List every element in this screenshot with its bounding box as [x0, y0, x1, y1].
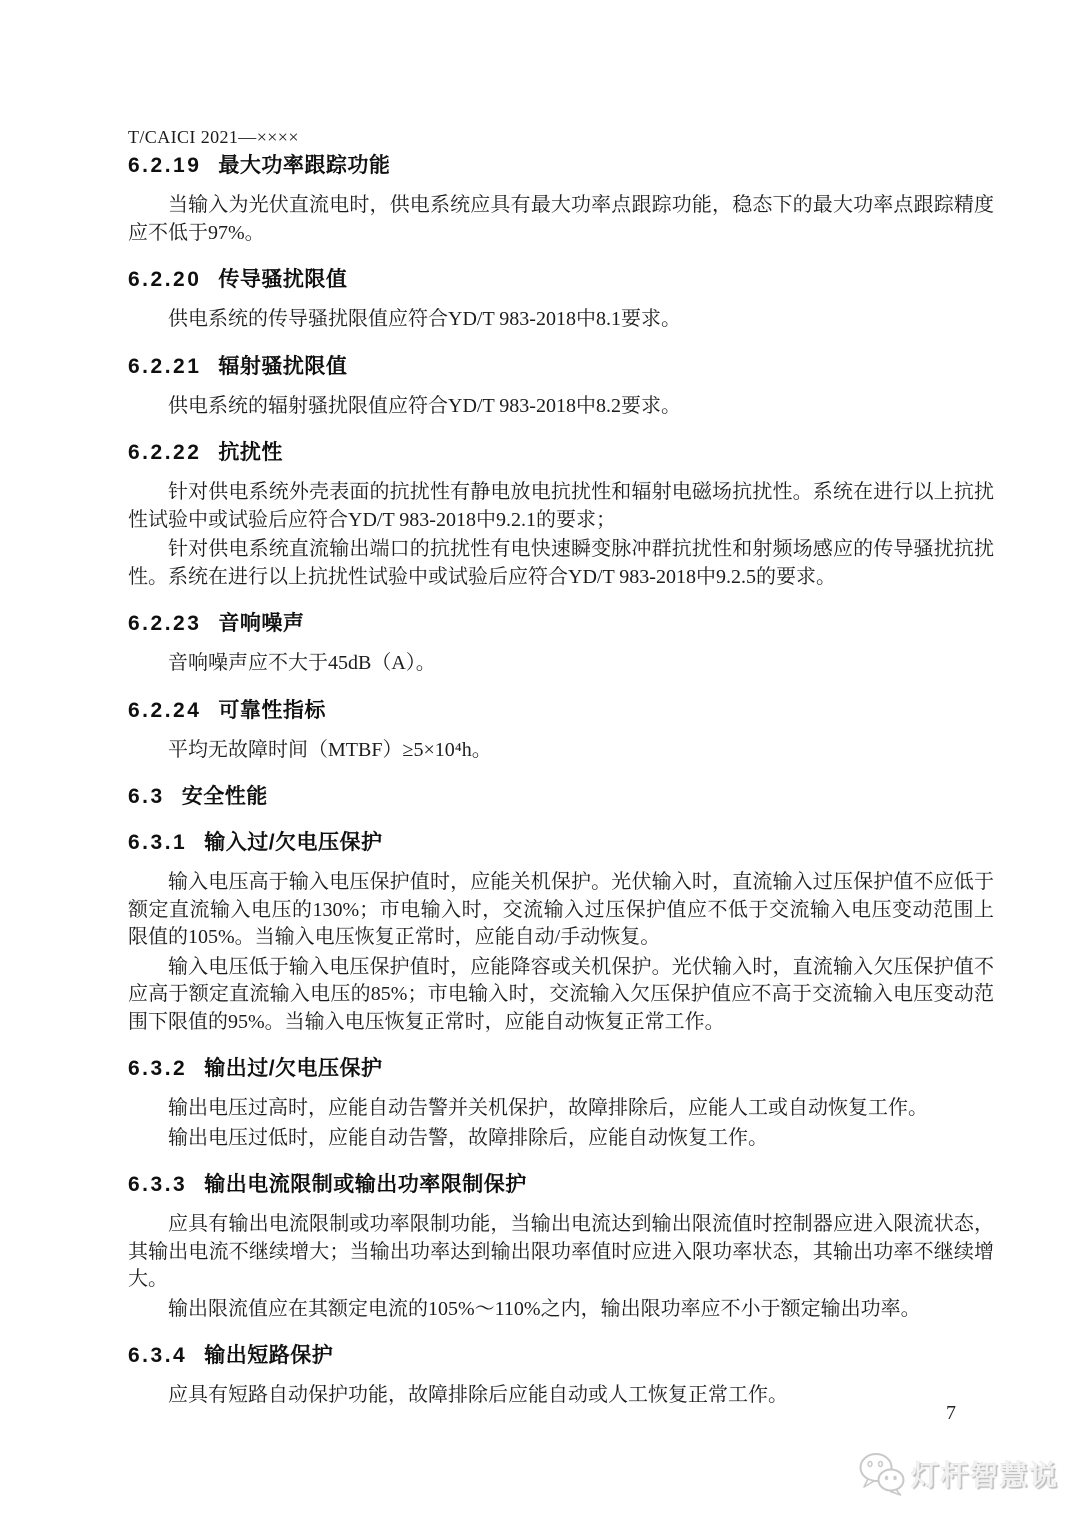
paragraph: 输出限流值应在其额定电流的105%～110%之内，输出限功率应不小于额定输出功率… — [128, 1296, 994, 1324]
section-6-2-22: 6.2.22 抗扰性 针对供电系统外壳表面的抗扰性有静电放电抗扰性和辐射电磁场抗… — [128, 439, 994, 591]
section-6-2-24: 6.2.24 可靠性指标 平均无故障时间（MTBF）≥5×10⁴h。 — [128, 697, 994, 765]
section-title: 输出电流限制或输出功率限制保护 — [204, 1171, 527, 1198]
paragraph: 供电系统的传导骚扰限值应符合YD/T 983-2018中8.1要求。 — [128, 306, 994, 334]
paragraph: 输出电压过高时，应能自动告警并关机保护，故障排除后，应能人工或自动恢复工作。 — [128, 1095, 994, 1123]
section-title: 抗扰性 — [218, 439, 283, 466]
paragraph: 音响噪声应不大于45dB（A）。 — [128, 650, 994, 678]
section-title: 可靠性指标 — [218, 697, 326, 724]
section-title: 安全性能 — [182, 783, 268, 810]
section-6-3-4: 6.3.4 输出短路保护 应具有短路自动保护功能，故障排除后应能自动或人工恢复正… — [128, 1342, 994, 1410]
paragraph: 输入电压低于输入电压保护值时，应能降容或关机保护。光伏输入时，直流输入欠压保护值… — [128, 954, 994, 1037]
section-heading: 6.2.22 抗扰性 — [128, 439, 994, 466]
section-heading: 6.2.19 最大功率跟踪功能 — [128, 152, 994, 179]
section-6-3-2: 6.3.2 输出过/欠电压保护 输出电压过高时，应能自动告警并关机保护，故障排除… — [128, 1055, 994, 1152]
section-title: 传导骚扰限值 — [218, 266, 347, 293]
section-title: 输入过/欠电压保护 — [204, 829, 382, 856]
section-heading: 6.3 安全性能 — [128, 783, 994, 810]
section-heading: 6.2.20 传导骚扰限值 — [128, 266, 994, 293]
section-number: 6.3.3 — [128, 1171, 187, 1198]
document-page: T/CAICI 2021—×××× 6.2.19 最大功率跟踪功能 当输入为光伏… — [128, 126, 994, 1410]
section-title: 最大功率跟踪功能 — [218, 152, 390, 179]
paragraph: 当输入为光伏直流电时，供电系统应具有最大功率点跟踪功能，稳态下的最大功率点跟踪精… — [128, 192, 994, 247]
section-6-2-23: 6.2.23 音响噪声 音响噪声应不大于45dB（A）。 — [128, 610, 994, 678]
section-heading: 6.3.1 输入过/欠电压保护 — [128, 829, 994, 856]
paragraph: 输入电压高于输入电压保护值时，应能关机保护。光伏输入时，直流输入过压保护值不应低… — [128, 869, 994, 952]
section-6-3-1: 6.3.1 输入过/欠电压保护 输入电压高于输入电压保护值时，应能关机保护。光伏… — [128, 829, 994, 1036]
section-heading: 6.2.23 音响噪声 — [128, 610, 994, 637]
section-number: 6.2.20 — [128, 266, 201, 293]
section-number: 6.3 — [128, 783, 165, 810]
paragraph: 针对供电系统直流输出端口的抗扰性有电快速瞬变脉冲群抗扰性和射频场感应的传导骚扰抗… — [128, 536, 994, 591]
paragraph: 平均无故障时间（MTBF）≥5×10⁴h。 — [128, 737, 994, 765]
section-6-3-3: 6.3.3 输出电流限制或输出功率限制保护 应具有输出电流限制或功率限制功能，当… — [128, 1171, 994, 1323]
section-number: 6.2.21 — [128, 353, 201, 380]
wechat-icon — [858, 1452, 906, 1496]
section-6-2-20: 6.2.20 传导骚扰限值 供电系统的传导骚扰限值应符合YD/T 983-201… — [128, 266, 994, 334]
paragraph: 应具有输出电流限制或功率限制功能，当输出电流达到输出限流值时控制器应进入限流状态… — [128, 1211, 994, 1294]
section-heading: 6.3.2 输出过/欠电压保护 — [128, 1055, 994, 1082]
section-heading: 6.3.3 输出电流限制或输出功率限制保护 — [128, 1171, 994, 1198]
section-heading: 6.3.4 输出短路保护 — [128, 1342, 994, 1369]
watermark-text: 灯杆智慧说 — [911, 1454, 1059, 1494]
section-6-2-19: 6.2.19 最大功率跟踪功能 当输入为光伏直流电时，供电系统应具有最大功率点跟… — [128, 152, 994, 247]
watermark: 灯杆智慧说 — [858, 1452, 1059, 1496]
section-6-3: 6.3 安全性能 — [128, 783, 994, 810]
paragraph: 应具有短路自动保护功能，故障排除后应能自动或人工恢复正常工作。 — [128, 1382, 994, 1410]
section-heading: 6.2.21 辐射骚扰限值 — [128, 353, 994, 380]
section-number: 6.3.1 — [128, 829, 187, 856]
paragraph: 输出电压过低时，应能自动告警，故障排除后，应能自动恢复工作。 — [128, 1125, 994, 1153]
paragraph: 供电系统的辐射骚扰限值应符合YD/T 983-2018中8.2要求。 — [128, 393, 994, 421]
page-number: 7 — [946, 1402, 956, 1425]
section-number: 6.3.2 — [128, 1055, 187, 1082]
section-number: 6.2.19 — [128, 152, 201, 179]
section-number: 6.2.23 — [128, 610, 201, 637]
section-title: 音响噪声 — [218, 610, 304, 637]
section-title: 输出过/欠电压保护 — [204, 1055, 382, 1082]
doc-header: T/CAICI 2021—×××× — [128, 126, 994, 148]
section-number: 6.2.24 — [128, 697, 201, 724]
section-6-2-21: 6.2.21 辐射骚扰限值 供电系统的辐射骚扰限值应符合YD/T 983-201… — [128, 353, 994, 421]
section-title: 辐射骚扰限值 — [218, 353, 347, 380]
section-heading: 6.2.24 可靠性指标 — [128, 697, 994, 724]
paragraph: 针对供电系统外壳表面的抗扰性有静电放电抗扰性和辐射电磁场抗扰性。系统在进行以上抗… — [128, 479, 994, 534]
section-number: 6.3.4 — [128, 1342, 187, 1369]
section-number: 6.2.22 — [128, 439, 201, 466]
section-title: 输出短路保护 — [204, 1342, 333, 1369]
